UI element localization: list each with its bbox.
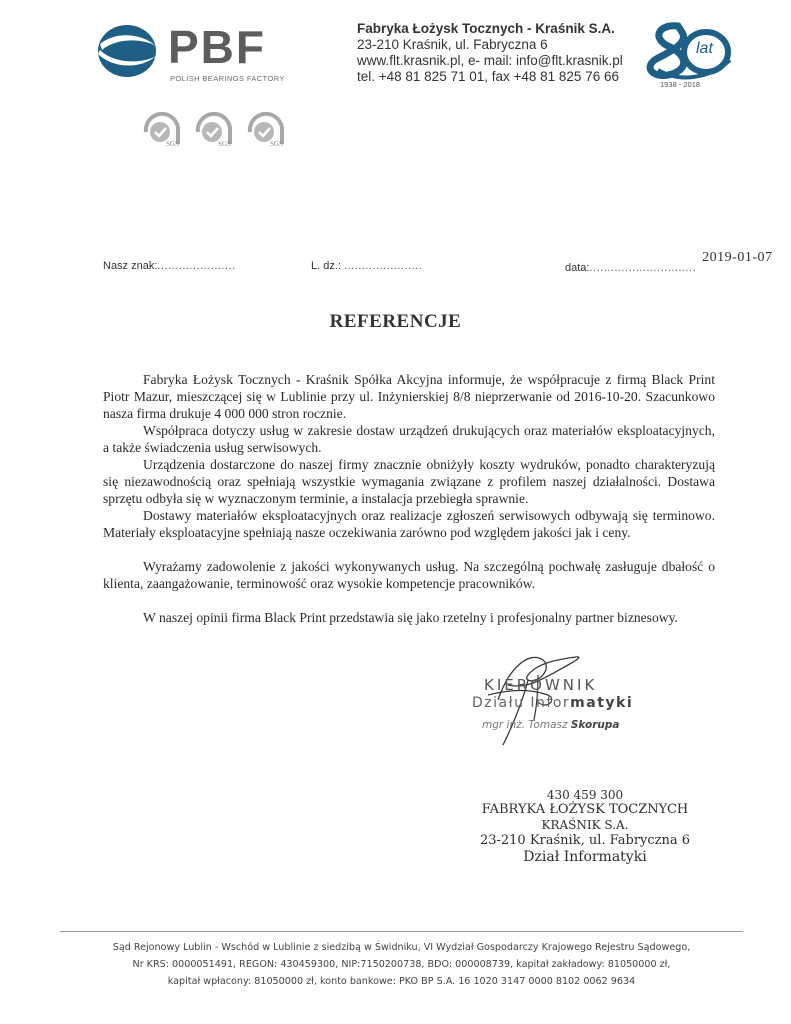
paragraph: Współpraca dotyczy usług w zakresie dost…	[103, 422, 715, 456]
sgs-certification-icon: SGS	[244, 106, 290, 157]
letter-body: Fabryka Łożysk Tocznych - Kraśnik Spółka…	[103, 371, 715, 626]
date-field: ..............................2019-01-07	[589, 262, 766, 274]
globe-icon	[96, 24, 158, 78]
stamp-department: Dział Informatyki	[440, 849, 730, 865]
brand-tagline: POLISH BEARINGS FACTORY	[170, 74, 285, 83]
footer-court-line: Sąd Rejonowy Lublin - Wschód w Lublinie …	[60, 939, 743, 956]
footer-registry-line: Nr KRS: 0000051491, REGON: 430459300, NI…	[60, 956, 743, 973]
sgs-certification-icon: SGS	[140, 106, 186, 157]
footer-divider	[60, 931, 743, 932]
log-number-field: ......................	[344, 260, 422, 272]
document-title: REFERENCJE	[0, 311, 791, 333]
company-name: Fabryka Łożysk Tocznych - Kraśnik S.A.	[357, 21, 623, 37]
stamp-address: 23-210 Kraśnik, ul. Fabryczna 6	[440, 833, 730, 848]
footer-bank-line: kapitał wpłacony: 81050000 zł, konto ban…	[60, 973, 743, 990]
certification-badges: SGS SGS SGS	[140, 106, 300, 152]
paragraph: Urządzenia dostarczone do naszej firmy z…	[103, 456, 715, 507]
paragraph: Dostawy materiałów eksploatacyjnych oraz…	[103, 507, 715, 541]
company-phone-fax: tel. +48 81 825 71 01, fax +48 81 825 76…	[357, 69, 623, 85]
sgs-certification-icon: SGS	[192, 106, 238, 157]
signatory-department: Działu Informatyki	[472, 695, 633, 711]
document-date: data:..............................2019-…	[565, 260, 766, 276]
date-value: 2019-01-07	[702, 250, 772, 265]
log-number: L. dz.: ......................	[311, 260, 422, 272]
footer-legal-info: Sąd Rejonowy Lublin - Wschód w Lublinie …	[60, 939, 743, 990]
paragraph: Fabryka Łożysk Tocznych - Kraśnik Spółka…	[103, 371, 715, 422]
company-info: Fabryka Łożysk Tocznych - Kraśnik S.A. 2…	[357, 21, 623, 85]
anniversary-80-logo: lat 1938 - 2018	[638, 20, 738, 92]
paragraph: Wyrażamy zadowolenie z jakości wykonywan…	[103, 558, 715, 592]
company-web-email: www.flt.krasnik.pl, e- mail: info@flt.kr…	[357, 53, 623, 69]
stamp-company-city: KRAŚNIK S.A.	[440, 818, 730, 832]
stamp-regon: 430 459 300	[440, 788, 730, 802]
our-reference-label: Nasz znak:	[103, 260, 157, 272]
paragraph: W naszej opinii firma Black Print przeds…	[103, 609, 715, 626]
anniversary-label: lat	[696, 40, 713, 58]
our-reference-field: ......................	[157, 260, 235, 272]
signatory-position: KIEROWNIK	[484, 676, 597, 694]
stamp-company-name: FABRYKA ŁOŻYSK TOCZNYCH	[440, 802, 730, 817]
company-address: 23-210 Kraśnik, ul. Fabryczna 6	[357, 37, 623, 53]
log-number-label: L. dz.:	[311, 260, 341, 272]
signatory-name: mgr inż. Tomasz Skorupa	[482, 719, 619, 731]
anniversary-years: 1938 - 2018	[660, 80, 700, 89]
our-reference: Nasz znak:......................	[103, 260, 236, 272]
brand-logo-text: PBF	[168, 24, 266, 70]
date-label: data:	[565, 262, 589, 274]
